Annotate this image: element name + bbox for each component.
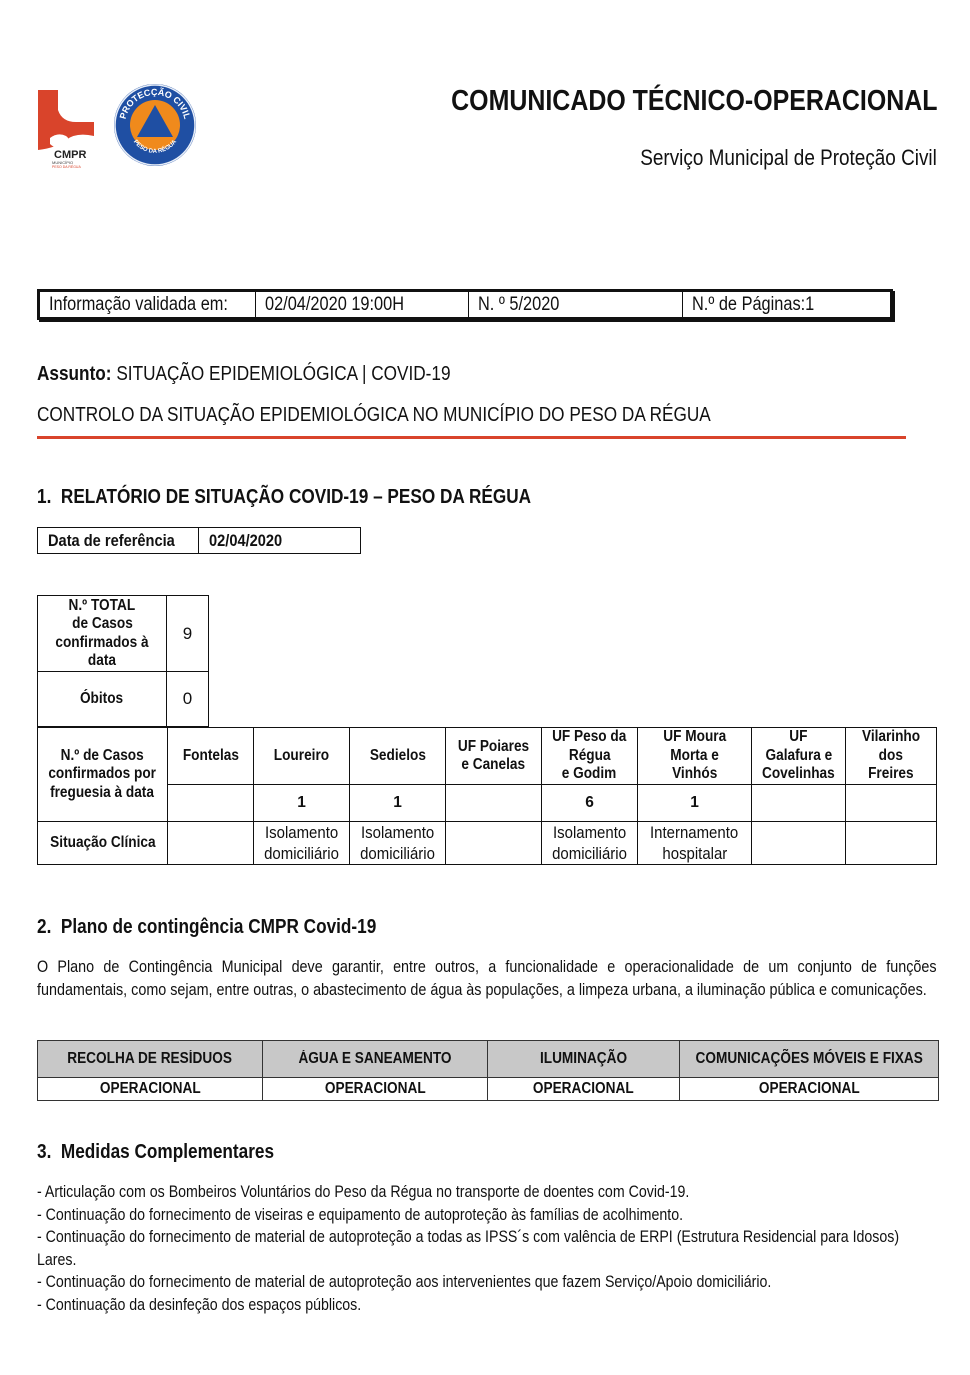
clinical-status-label: Situação Clínica [38, 822, 168, 865]
parish-case-count: 1 [638, 785, 752, 822]
parish-case-count [446, 785, 542, 822]
red-divider [37, 436, 906, 439]
parish-cases-label: N.º de Casos confirmados por freguesia à… [38, 728, 168, 822]
info-pages: N.º de Páginas:1 [683, 292, 884, 317]
info-number: N. º 5/2020 [469, 292, 683, 317]
measure-item: - Continuação do fornecimento de viseira… [37, 1204, 937, 1227]
parish-clinical-status: Isolamentodomiciliário [542, 822, 638, 865]
totals-table: N.º TOTAL de Casos confirmados à data 9 … [37, 595, 209, 727]
parish-name: VilarinhodosFreires [846, 728, 937, 785]
services-status-table: RECOLHA DE RESÍDUOSÁGUA E SANEAMENTOILUM… [37, 1040, 939, 1101]
parish-name: Sedielos [350, 728, 446, 785]
parish-name: UFGalafura eCovelinhas [752, 728, 846, 785]
contingency-paragraph: O Plano de Contingência Municipal deve g… [37, 956, 937, 1002]
parish-cases-table: N.º de Casos confirmados por freguesia à… [37, 727, 937, 865]
parish-name: Loureiro [254, 728, 350, 785]
parish-case-count: 6 [542, 785, 638, 822]
reference-date-value: 02/04/2020 [199, 528, 294, 553]
measure-item: Lares. [37, 1249, 937, 1272]
parish-case-count: 1 [350, 785, 446, 822]
service-name: ILUMINAÇÃO [488, 1041, 680, 1078]
service-name: RECOLHA DE RESÍDUOS [38, 1041, 263, 1078]
parish-clinical-status [168, 822, 254, 865]
parish-clinical-status: Isolamentodomiciliário [350, 822, 446, 865]
service-status: OPERACIONAL [488, 1078, 680, 1101]
subject-value: SITUAÇÃO EPIDEMIOLÓGICA | COVID-19 [112, 363, 451, 385]
service-name: COMUNICAÇÕES MÓVEIS E FIXAS [680, 1041, 939, 1078]
parish-name: UF Poiarese Canelas [446, 728, 542, 785]
parish-case-count [846, 785, 937, 822]
info-datetime: 02/04/2020 19:00H [256, 292, 469, 317]
complementary-measures-list: - Articulação com os Bombeiros Voluntári… [37, 1181, 937, 1317]
measure-item: - Continuação da desinfeção dos espaços … [37, 1294, 937, 1317]
service-status: OPERACIONAL [38, 1078, 263, 1101]
parish-name: UF MouraMorta eVinhós [638, 728, 752, 785]
parish-name: UF Peso daRéguae Godim [542, 728, 638, 785]
parish-case-count [752, 785, 846, 822]
measure-item: - Continuação do fornecimento de materia… [37, 1226, 937, 1249]
section3-heading: 3. Medidas Complementares [37, 1141, 274, 1164]
section2-heading: 2. Plano de contingência CMPR Covid-19 [37, 916, 376, 939]
subject-detail: CONTROLO DA SITUAÇÃO EPIDEMIOLÓGICA NO M… [37, 404, 711, 427]
total-cases-value: 9 [167, 596, 209, 672]
parish-clinical-status: Isolamentodomiciliário [254, 822, 350, 865]
parish-case-count [168, 785, 254, 822]
document-subtitle: Serviço Municipal de Proteção Civil [640, 145, 937, 171]
reference-date-label: Data de referência [38, 528, 199, 553]
svg-text:PESO DA RÉGUA: PESO DA RÉGUA [52, 164, 81, 168]
info-box: Informação validada em: 02/04/2020 19:00… [37, 289, 893, 320]
service-status: OPERACIONAL [680, 1078, 939, 1101]
deaths-label: Óbitos [38, 672, 167, 727]
parish-clinical-status [846, 822, 937, 865]
parish-clinical-status [446, 822, 542, 865]
service-status: OPERACIONAL [263, 1078, 488, 1101]
measure-item: - Continuação do fornecimento de materia… [37, 1271, 937, 1294]
info-validated-label: Informação validada em: [40, 292, 256, 317]
section1-heading: 1. RELATÓRIO DE SITUAÇÃO COVID-19 – PESO… [37, 486, 531, 509]
parish-name: Fontelas [168, 728, 254, 785]
subject-line: Assunto: SITUAÇÃO EPIDEMIOLÓGICA | COVID… [37, 363, 451, 386]
parish-clinical-status: Internamentohospitalar [638, 822, 752, 865]
document-title: COMUNICADO TÉCNICO-OPERACIONAL [451, 85, 937, 118]
service-name: ÁGUA E SANEAMENTO [263, 1041, 488, 1078]
deaths-value: 0 [167, 672, 209, 727]
parish-case-count: 1 [254, 785, 350, 822]
protecao-civil-badge-icon: PROTECÇÃO CIVIL PESO DA RÉGUA [112, 82, 198, 168]
measure-item: - Articulação com os Bombeiros Voluntári… [37, 1181, 937, 1204]
parish-clinical-status [752, 822, 846, 865]
cmpr-logo-icon: CMPR MUNICÍPIO PESO DA RÉGUA [36, 88, 98, 168]
subject-label: Assunto: [37, 363, 112, 385]
total-cases-label: N.º TOTAL de Casos confirmados à data [38, 596, 167, 672]
reference-date-box: Data de referência 02/04/2020 [37, 527, 361, 554]
